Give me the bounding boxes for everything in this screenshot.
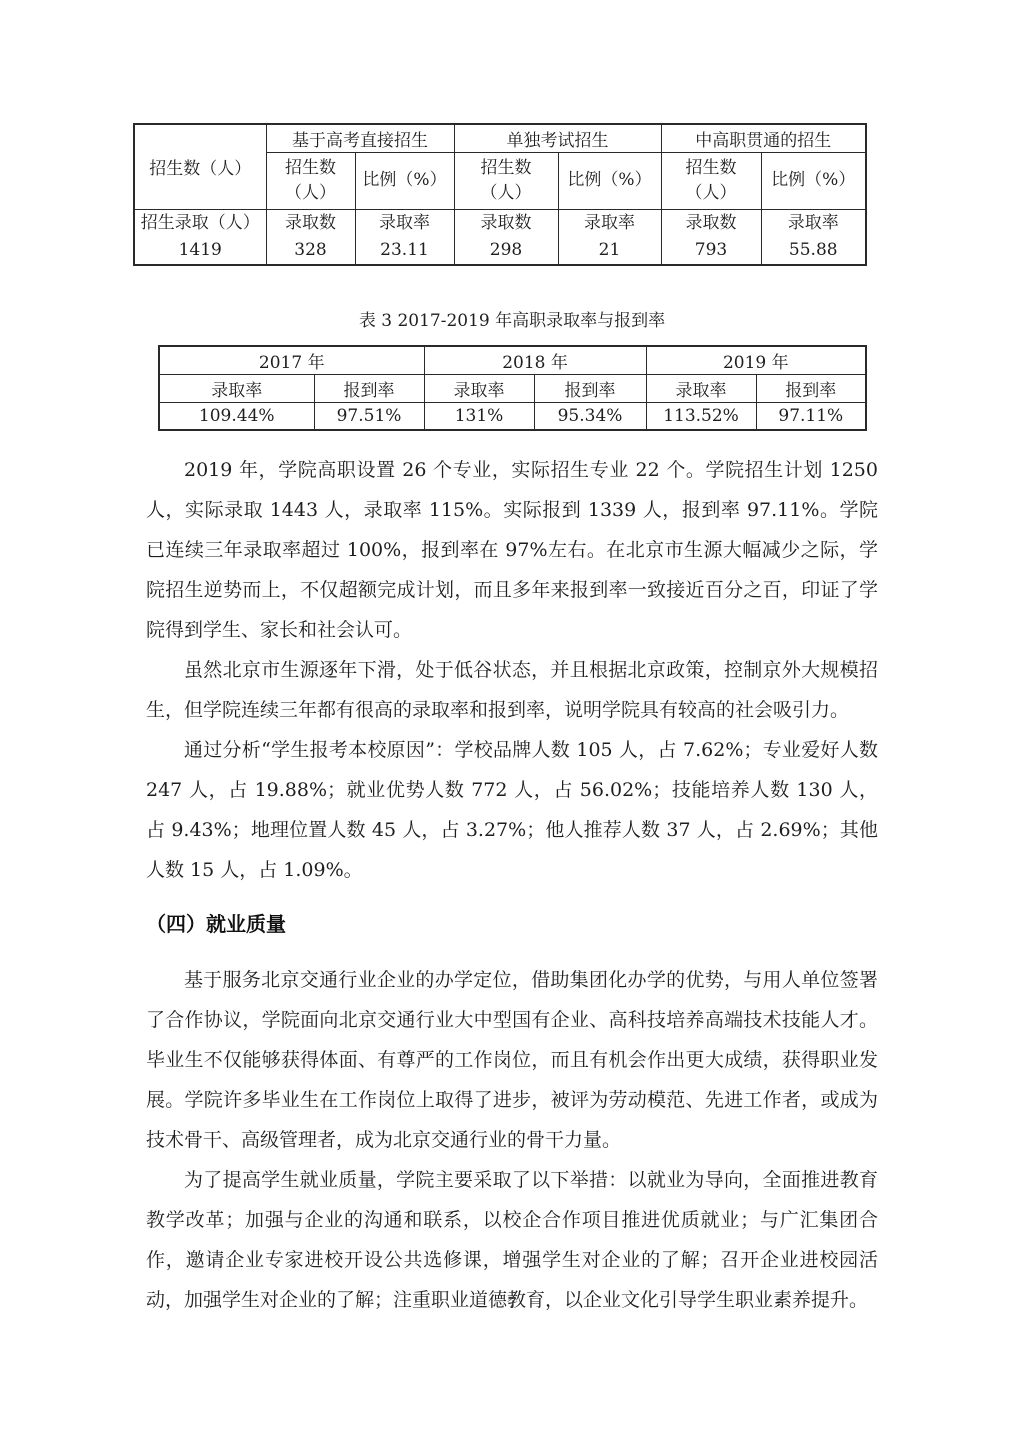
- table2-year-2017: 2017 年: [159, 346, 424, 374]
- table1-subheader-count: 招生数 （人）: [661, 152, 761, 209]
- table2-value: 97.11%: [756, 402, 866, 430]
- table2-col-label: 录取率: [159, 374, 314, 402]
- paragraph-attractiveness: 虽然北京市生源逐年下滑，处于低谷状态，并且根据北京政策，控制京外大规模招生，但学…: [146, 650, 878, 730]
- table1-admitted-count-cell: 录取数 793: [661, 209, 761, 265]
- document-page: { "table1": { "corner_header": "招生数（人）",…: [0, 0, 1024, 1448]
- table1-subheader-count: 招生数 （人）: [266, 152, 355, 209]
- paragraph-enrollment-summary: 2019 年，学院高职设置 26 个专业，实际招生专业 22 个。学院招生计划 …: [146, 450, 878, 650]
- table1-total-label: 招生录取（人）: [137, 210, 264, 237]
- table1-admitted-count-cell: 录取数 298: [454, 209, 558, 265]
- table1-group-header-gaokao: 基于高考直接招生: [266, 124, 454, 152]
- admission-report-rate-table: 2017 年 2018 年 2019 年 录取率 报到率 录取率 报到率 录取率…: [158, 345, 867, 431]
- body-text: 2019 年，学院高职设置 26 个专业，实际招生专业 22 个。学院招生计划 …: [146, 450, 878, 1320]
- table1-admit-rate-cell: 录取率 23.11: [355, 209, 454, 265]
- table1-admit-rate-cell: 录取率 55.88: [761, 209, 866, 265]
- table2-col-label: 报到率: [756, 374, 866, 402]
- table1-subheader-count: 招生数 （人）: [454, 152, 558, 209]
- table2-col-label: 报到率: [534, 374, 646, 402]
- table2-value: 109.44%: [159, 402, 314, 430]
- table2-value: 131%: [424, 402, 534, 430]
- table1-total-value: 1419: [137, 237, 264, 264]
- table2-col-label: 报到率: [314, 374, 424, 402]
- table2-col-label: 录取率: [646, 374, 756, 402]
- table3-caption: 表 3 2017-2019 年高职录取率与报到率: [0, 306, 1024, 331]
- table1-corner-header: 招生数（人）: [134, 124, 266, 209]
- table1-total-cell: 招生录取（人） 1419: [134, 209, 266, 265]
- table2-value: 97.51%: [314, 402, 424, 430]
- enrollment-breakdown-table: 招生数（人） 基于高考直接招生 单独考试招生 中高职贯通的招生 招生数 （人） …: [133, 123, 867, 266]
- table2-year-2019: 2019 年: [646, 346, 866, 374]
- table1-subheader-ratio: 比例（%）: [355, 152, 454, 209]
- table2-value: 113.52%: [646, 402, 756, 430]
- table2-year-2018: 2018 年: [424, 346, 646, 374]
- paragraph-employment-positioning: 基于服务北京交通行业企业的办学定位，借助集团化办学的优势，与用人单位签署了合作协…: [146, 960, 878, 1160]
- page-number: 7: [0, 1294, 1024, 1312]
- table1-subheader-ratio: 比例（%）: [761, 152, 866, 209]
- table1-group-header-through-train: 中高职贯通的招生: [661, 124, 866, 152]
- table2-col-label: 录取率: [424, 374, 534, 402]
- table2-value: 95.34%: [534, 402, 646, 430]
- section-heading-employment-quality: （四）就业质量: [146, 910, 878, 938]
- table1-admitted-count-cell: 录取数 328: [266, 209, 355, 265]
- table1-admit-rate-cell: 录取率 21: [558, 209, 661, 265]
- table1-subheader-ratio: 比例（%）: [558, 152, 661, 209]
- paragraph-application-reasons: 通过分析“学生报考本校原因”：学校品牌人数 105 人，占 7.62%；专业爱好…: [146, 730, 878, 890]
- table1-group-header-separate-exam: 单独考试招生: [454, 124, 661, 152]
